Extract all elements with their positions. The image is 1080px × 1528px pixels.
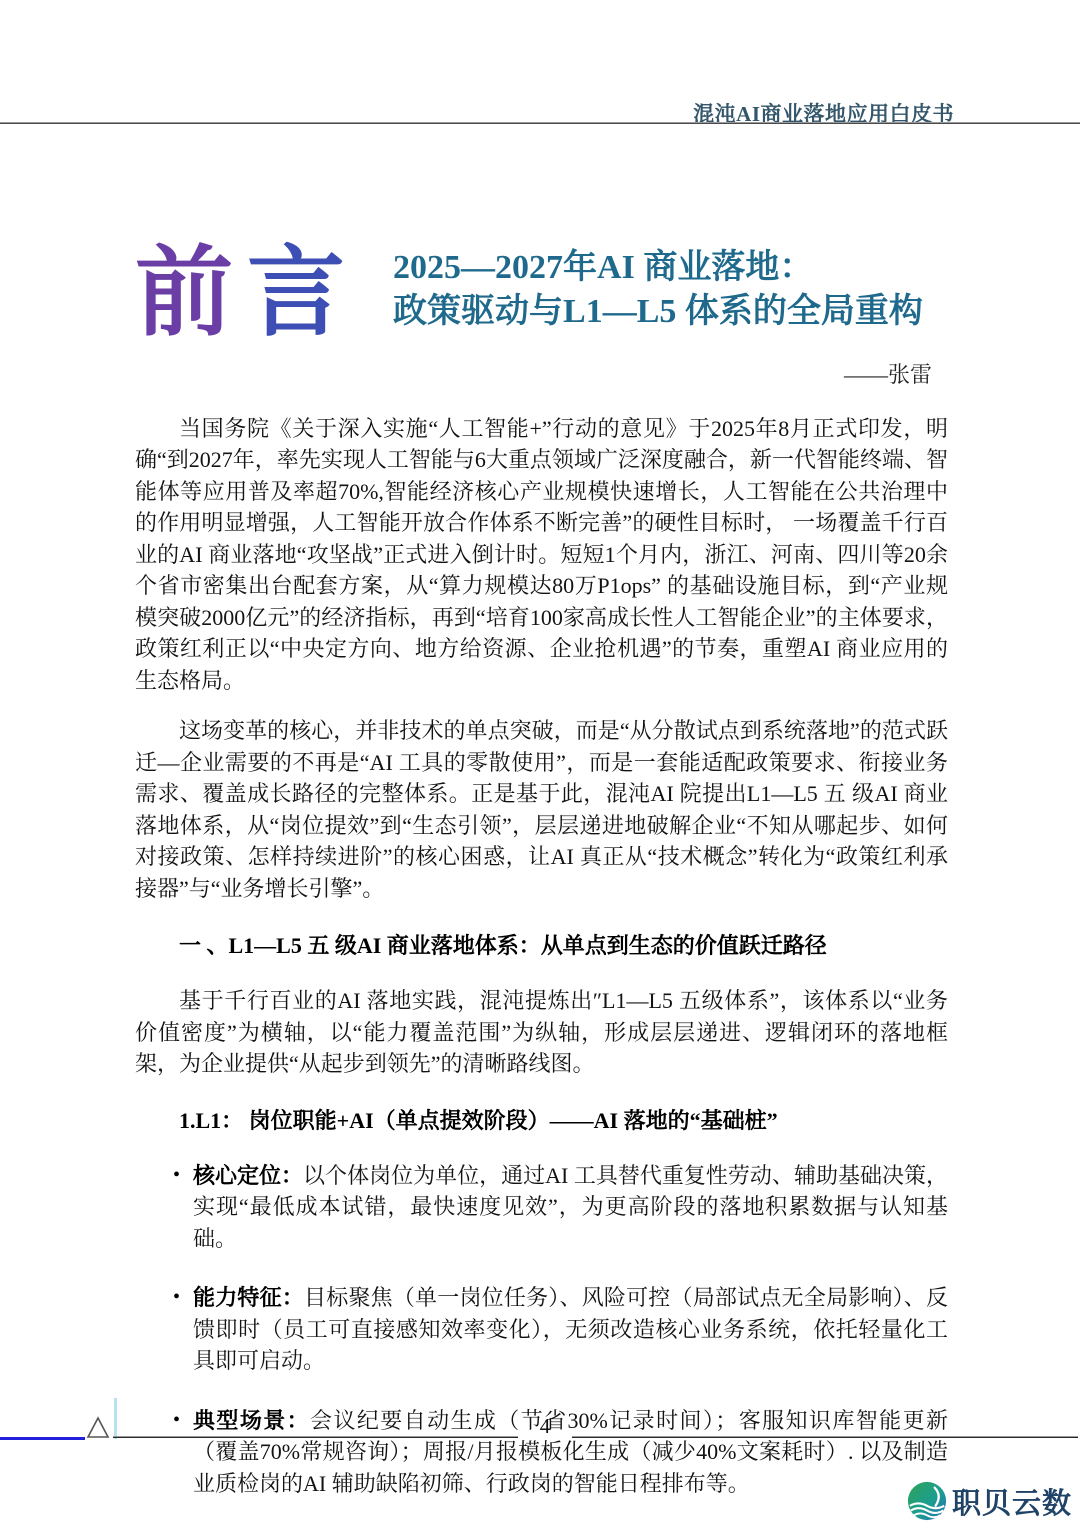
foreword-char-2: 言 (247, 236, 359, 350)
footer-rule-right (572, 1436, 1078, 1438)
chapter-subtitle-line2: 政策驱动与L1—L5 体系的全局重构 (393, 290, 923, 334)
list-item: •核心定位：以个体岗位为单位，通过AI 工具替代重复性劳动、辅助基础决策，实现“… (135, 1160, 948, 1255)
header-divider (0, 122, 1080, 124)
triangle-marker-icon (86, 1416, 110, 1444)
author-attribution: ——张雷 (135, 358, 948, 389)
bullet-list: •核心定位：以个体岗位为单位，通过AI 工具替代重复性劳动、辅助基础决策，实现“… (135, 1160, 948, 1500)
paragraph-2: 这场变革的核心，并非技术的单点突破，而是“从分散试点到系统落地”的范式跃迁—企业… (135, 715, 948, 904)
document-page: { "header": { "title": "混沌AI商业落地应用白皮书" }… (0, 0, 1080, 1528)
footer-cyan-tick (114, 1398, 117, 1439)
globe-wave-logo-icon (906, 1480, 948, 1522)
bullet-icon: • (173, 1405, 180, 1437)
page-number: 4 (528, 1414, 562, 1439)
section-heading-1: 一 、L1—L5 五 级AI 商业落地体系：从单点到生态的价值跃迁路径 (135, 930, 948, 961)
logo-text: 职贝云数 (952, 1481, 1072, 1522)
bullet-text: 目标聚焦（单一岗位任务）、风险可控（局部试点无全局影响）、反馈即时（员工可直接感… (193, 1285, 948, 1373)
chapter-title-foreword: 前言 (135, 244, 359, 344)
subsection-heading-l1: 1.L1： 岗位职能+AI（单点提效阶段）——AI 落地的“基础桩” (135, 1105, 948, 1136)
chapter-subtitle: 2025—2027年AI 商业落地： 政策驱动与L1—L5 体系的全局重构 (393, 246, 923, 334)
paragraph-1: 当国务院《关于深入实施“人工智能+”行动的意见》于2025年8月正式印发，明确“… (135, 413, 948, 697)
footer-rule-left (113, 1436, 518, 1438)
bullet-label: 能力特征： (193, 1285, 304, 1310)
chapter-subtitle-line1: 2025—2027年AI 商业落地： (393, 246, 923, 290)
footer-blue-rule (0, 1437, 85, 1440)
bullet-label: 典型场景： (193, 1408, 310, 1433)
paragraph-3: 基于千行百业的AI 落地实践，混沌提炼出″L1—L5 五级体系”，该体系以“业务… (135, 985, 948, 1080)
bullet-text: 以个体岗位为单位，通过AI 工具替代重复性劳动、辅助基础决策，实现“最低成本试错… (193, 1163, 948, 1251)
company-logo: 职贝云数 (906, 1480, 1072, 1522)
bullet-icon: • (173, 1282, 180, 1314)
foreword-char-1: 前 (135, 236, 247, 350)
list-item: •能力特征：目标聚焦（单一岗位任务）、风险可控（局部试点无全局影响）、反馈即时（… (135, 1282, 948, 1377)
bullet-icon: • (173, 1160, 180, 1192)
bullet-label: 核心定位： (193, 1163, 303, 1188)
chapter-title-block: 前言 2025—2027年AI 商业落地： 政策驱动与L1—L5 体系的全局重构 (135, 244, 948, 344)
page-content: 前言 2025—2027年AI 商业落地： 政策驱动与L1—L5 体系的全局重构… (135, 244, 948, 1527)
